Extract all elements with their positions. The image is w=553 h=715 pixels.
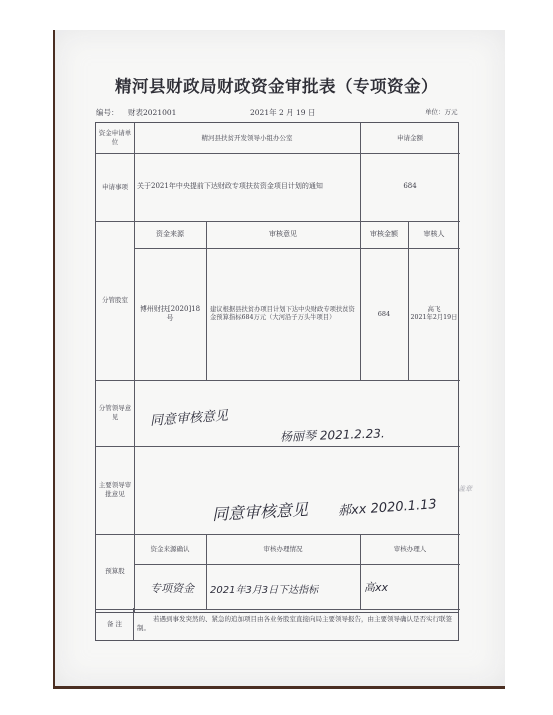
dept-approved-amount: 684 [360,248,408,380]
main-leader-label: 主要领导审批意见 [96,446,134,534]
applicant-label: 资金申请单位 [96,123,134,153]
amount-value: 684 [360,153,460,221]
budget-handler: 高xx [364,579,388,595]
dept-header-opinion: 审核意见 [206,221,360,248]
matter-label: 申请事项 [96,153,134,221]
dept-label: 分管股室 [96,221,134,380]
remarks-text: 若遇到事发突然的、紧急的追加项目由各业务股室直接向局主要领导报告，由主要领导确认… [133,608,459,641]
dept-opinion: 建议根据县扶贫办项目计划下达中央财政专项扶贫资金预算指标684万元（大河沿子万头… [207,248,360,380]
deputy-leader-label: 分管领导意见 [96,380,134,446]
budget-label: 预算股 [96,534,134,609]
budget-source-confirm: 专项资金 [150,580,194,596]
document-title: 精河县财政局财政资金审批表（专项资金） [0,73,553,97]
approval-table: 资金申请单位 精河县扶贫开发领导小组办公室 申请金额 申请事项 关于2021年中… [95,122,459,613]
remarks-label: 备 注 [95,608,133,641]
dept-review-date: 2021年2月19日 [411,314,458,323]
dept-source: 博州财扶[2020]18号 [134,248,206,380]
budget-header-source: 资金来源确认 [134,534,206,564]
dept-reviewer-cell: 高飞 2021年2月19日 [408,248,460,380]
budget-handling: 2021年3月3日下达指标 [210,581,318,596]
deputy-handwritten-signature: 杨丽琴 2021.2.23. [280,424,385,445]
budget-header-handler: 审核办理人 [360,534,460,564]
dept-header-reviewer: 审核人 [408,221,460,248]
document-date: 2021年 2 月 19 日 [250,107,315,118]
number-label: 编号： [96,107,119,118]
unit-label: 单位：万元 [425,107,458,116]
dept-header-amount: 审核金额 [360,221,408,248]
dept-reviewer: 高飞 [428,305,441,314]
matter-value: 关于2021年中央提前下达财政专项扶贫资金项目计划的通知 [135,153,360,221]
budget-header-handling: 审核办理情况 [206,534,360,564]
main-margin-note: 盖章 [458,484,472,494]
applicant-value: 精河县扶贫开发领导小组办公室 [134,123,360,153]
dept-header-source: 资金来源 [134,221,206,248]
document-number: 财表2021001 [128,107,176,118]
amount-label: 申请金额 [360,123,460,153]
